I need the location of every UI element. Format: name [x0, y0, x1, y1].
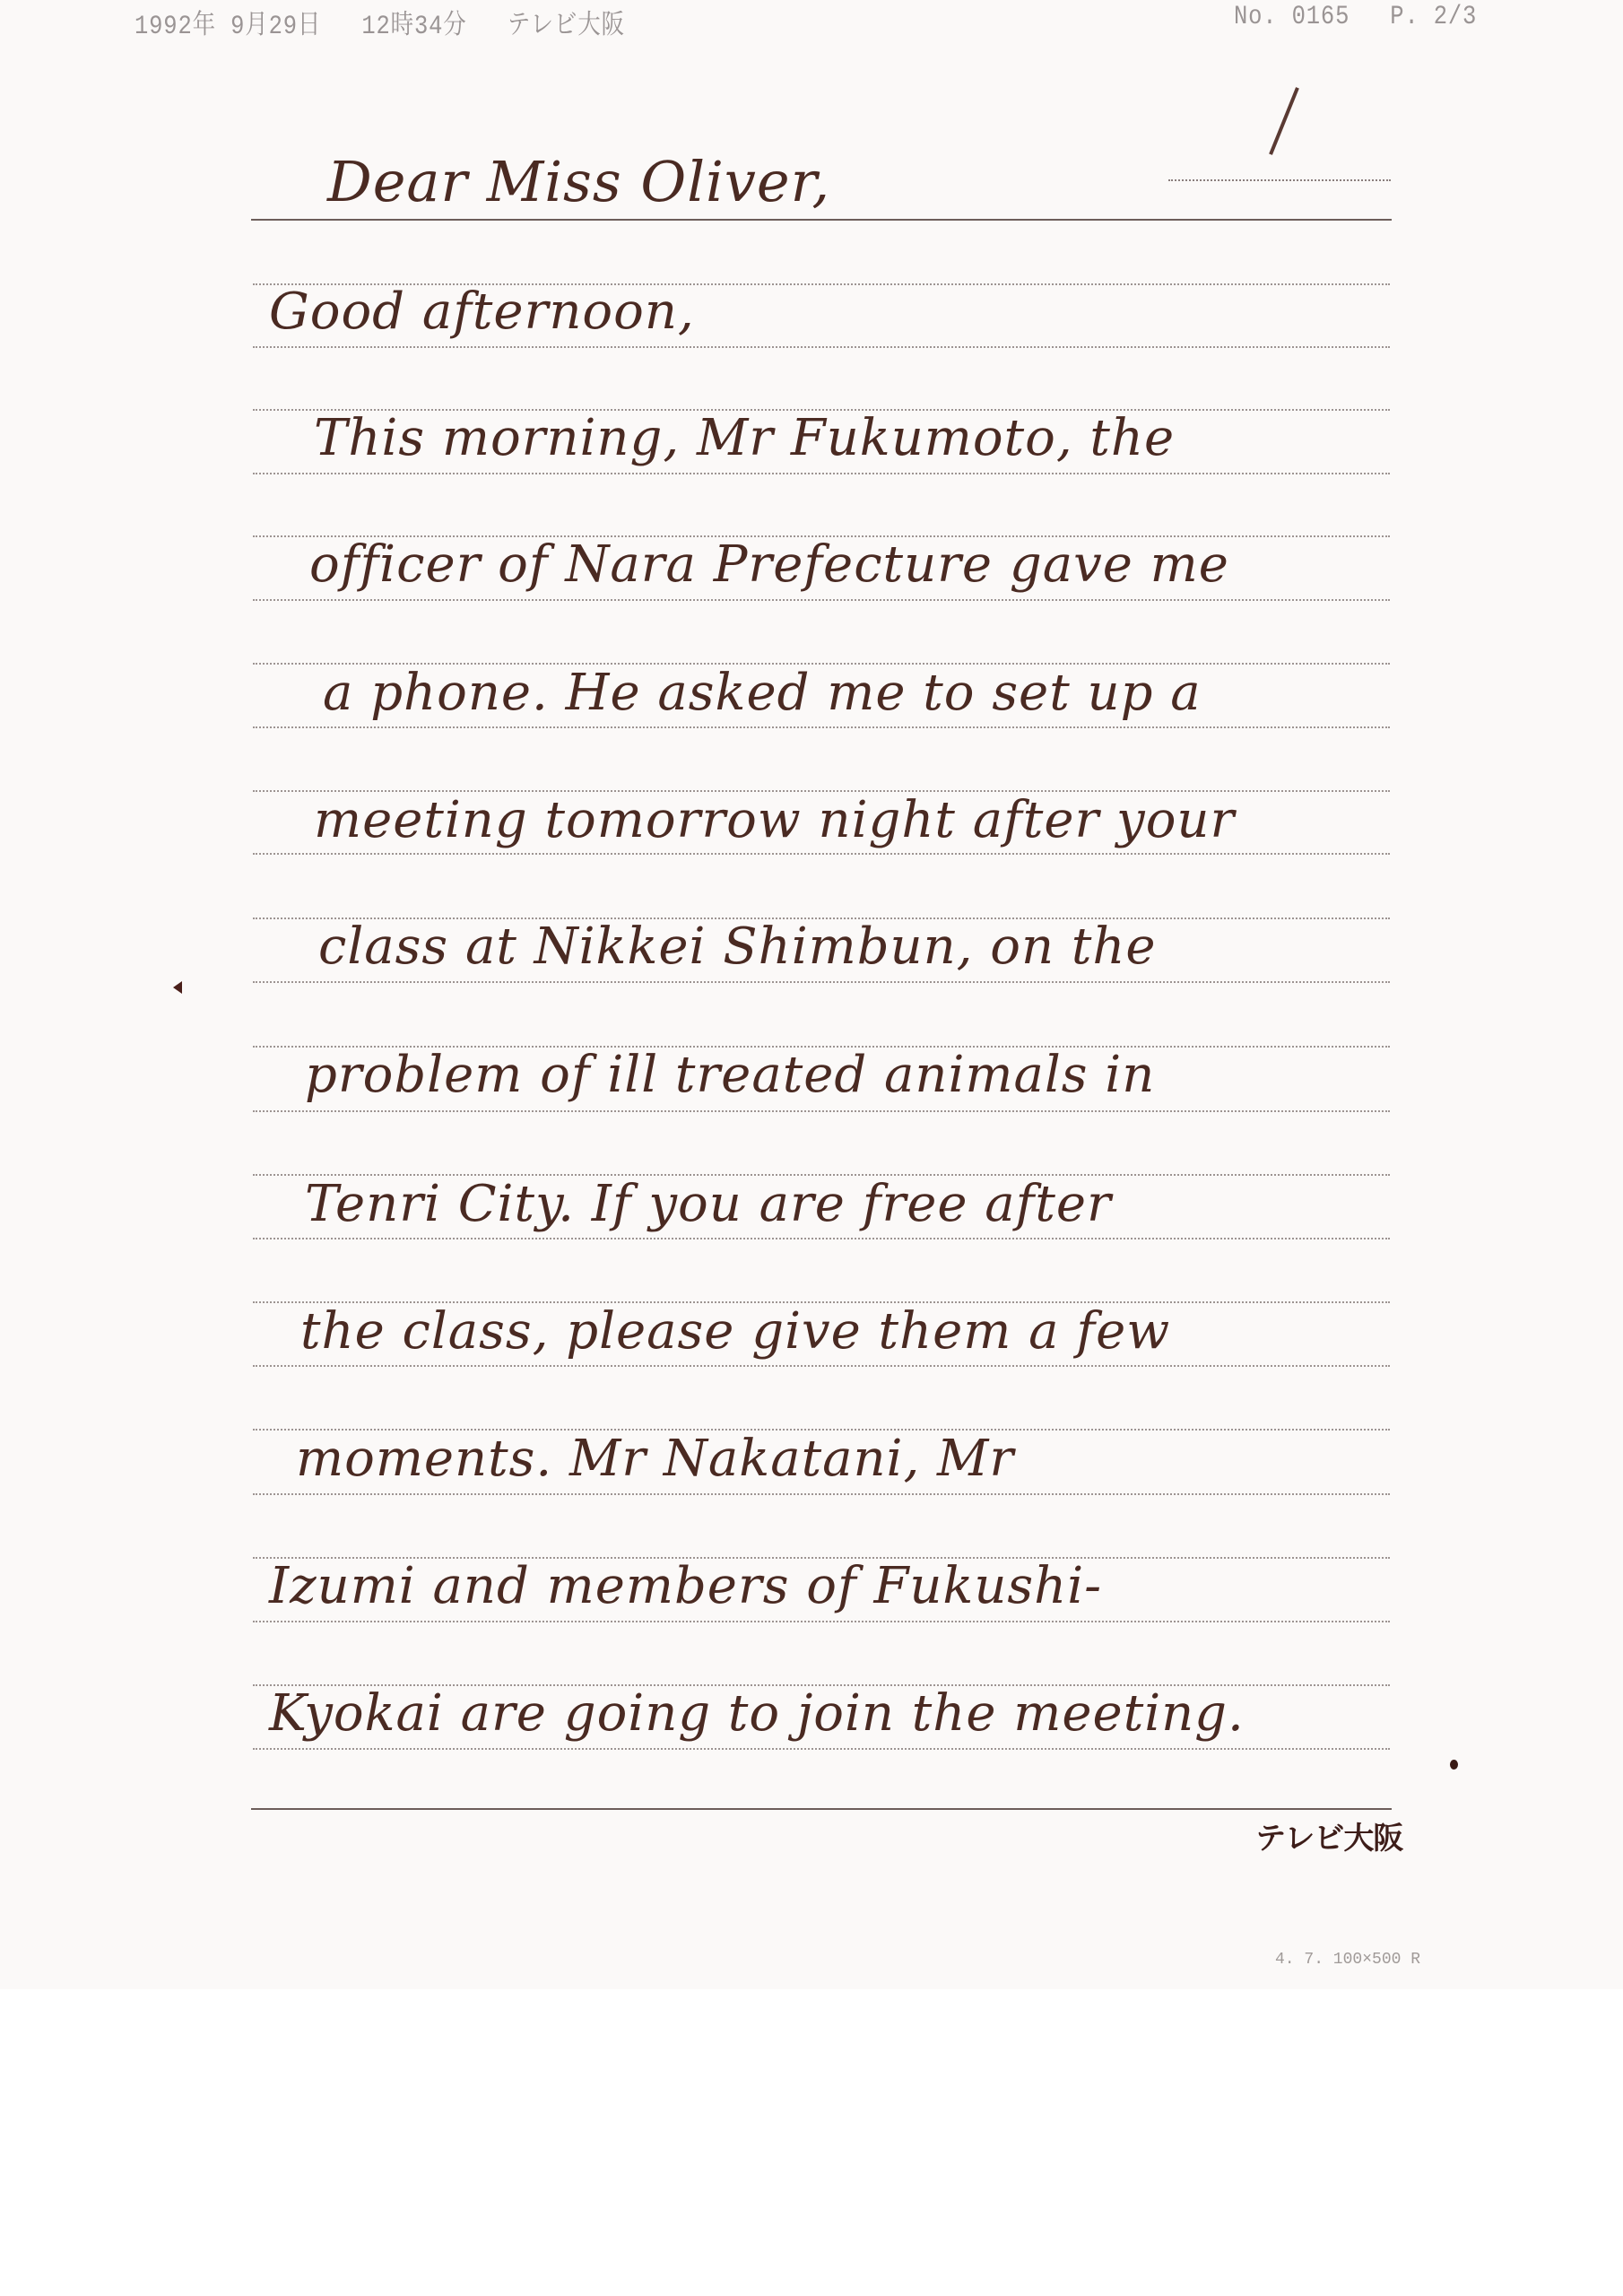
letter-line-5: meeting tomorrow night after your — [314, 791, 1235, 849]
ruled-line — [253, 1493, 1390, 1495]
top-rule — [251, 219, 1392, 221]
ruled-line — [253, 1748, 1390, 1750]
tv-osaka-logo: テレビ大阪 — [1255, 1813, 1402, 1857]
fax-page: 1992年 9月29日 12時34分 テレビ大阪 No. 0165 P. 2/3… — [0, 0, 1623, 1989]
letter-line-10: moments. Mr Nakatani, Mr — [296, 1430, 1014, 1488]
page-number-mark — [1269, 87, 1299, 155]
letter-line-3: officer of Nara Prefecture gave me — [309, 535, 1229, 594]
page-number-rule — [1168, 179, 1391, 181]
ruled-line — [253, 1365, 1390, 1367]
fax-page-count: P. 2/3 — [1390, 2, 1477, 32]
letter-line-11: Izumi and members of Fukushi- — [269, 1557, 1102, 1615]
final-period — [1450, 1760, 1458, 1770]
fax-date: 1992年 9月29日 — [135, 12, 321, 42]
ruled-line — [253, 1238, 1390, 1239]
ruled-line — [253, 346, 1390, 348]
fax-number: No. 0165 — [1234, 2, 1350, 32]
letter-line-6: class at Nikkei Shimbun, on the — [318, 918, 1157, 976]
salutation: Dear Miss Oliver, — [327, 149, 830, 214]
fax-header-right: No. 0165 P. 2/3 — [1234, 2, 1503, 32]
letter-line-2: This morning, Mr Fukumoto, the — [314, 409, 1175, 467]
ruled-line — [253, 599, 1390, 601]
paper-code: 4. 7. 100×500 R — [1275, 1951, 1420, 1969]
letter-line-12: Kyokai are going to join the meeting. — [269, 1684, 1245, 1743]
ruled-line — [253, 726, 1390, 728]
letter-line-9: the class, please give them a few — [300, 1302, 1170, 1361]
letter-line-4: a phone. He asked me to set up a — [323, 664, 1202, 722]
fax-sender: テレビ大阪 — [508, 12, 625, 42]
ruled-line — [253, 473, 1390, 474]
letter-line-1: Good afternoon, — [269, 283, 695, 341]
letter-line-8: Tenri City. If you are free after — [305, 1175, 1112, 1233]
margin-triangle-icon — [173, 981, 182, 994]
bottom-rule — [251, 1808, 1392, 1810]
fax-header-left: 1992年 9月29日 12時34分 テレビ大阪 — [135, 2, 651, 42]
ruled-line — [253, 1110, 1390, 1112]
fax-time: 12時34分 — [361, 12, 466, 42]
ruled-line — [253, 981, 1390, 983]
letter-line-7: problem of ill treated animals in — [305, 1046, 1155, 1104]
ruled-line — [253, 1621, 1390, 1622]
ruled-line — [253, 853, 1390, 855]
